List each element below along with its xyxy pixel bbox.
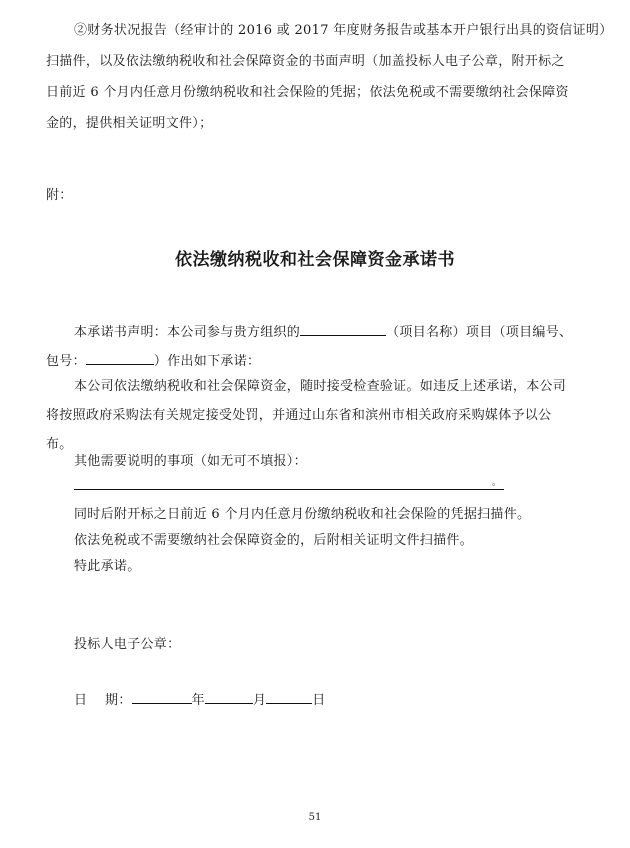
- day-label: 日: [312, 693, 325, 708]
- note-line-3: 特此承诺。: [74, 559, 141, 575]
- project-name-blank[interactable]: [300, 321, 386, 336]
- document-title: 依法缴纳税收和社会保障资金承诺书: [0, 249, 630, 271]
- intro-line-4: 金的，提供相关证明文件）；: [46, 116, 212, 132]
- statement-line-2: 包号：）作出如下承诺：: [46, 350, 260, 370]
- intro-line-2: 扫描件，以及依法缴纳税收和社会保障资金的书面声明（加盖投标人电子公章，附开标之: [46, 54, 565, 70]
- note-line-1: 同时后附开标之日前近 6 个月内任意月份缴纳税收和社会保险的凭据扫描件。: [74, 507, 530, 523]
- package-label: 包号：: [46, 354, 86, 369]
- statement-line-1: 本承诺书声明：本公司参与贵方组织的（项目名称）项目（项目编号、: [74, 321, 572, 341]
- year-blank[interactable]: [132, 689, 192, 704]
- date-label: 日 期：: [74, 693, 132, 708]
- day-blank[interactable]: [266, 689, 312, 704]
- package-number-blank[interactable]: [86, 350, 154, 365]
- page-number: 51: [0, 812, 630, 824]
- commitment-line-2: 将按照政府采购法有关规定接受处罚，并通过山东省和滨州市相关政府采购媒体予以公: [46, 408, 551, 424]
- other-matters-blank[interactable]: [74, 489, 504, 490]
- statement-line2-suffix: ）作出如下承诺：: [154, 354, 260, 369]
- statement-prefix: 本承诺书声明：本公司参与贵方组织的: [74, 325, 300, 340]
- year-label: 年: [192, 693, 205, 708]
- intro-line-3: 日前近 6 个月内任意月份缴纳税收和社会保险的凭据；依法免税或不需要缴纳社会保障…: [46, 85, 569, 101]
- signature-label: 投标人电子公章：: [74, 637, 180, 653]
- intro-line-1: ②财务状况报告（经审计的 2016 或 2017 年度财务报告或基本开户银行出具…: [74, 23, 613, 39]
- attachment-label: 附：: [46, 188, 73, 204]
- date-row: 日 期：年月日: [74, 689, 326, 709]
- other-matters-label: 其他需要说明的事项（如无可不填报）：: [74, 454, 307, 470]
- month-label: 月: [253, 693, 266, 708]
- commitment-line-3: 布。: [46, 437, 73, 453]
- statement-suffix: （项目名称）项目（项目编号、: [386, 325, 572, 340]
- month-blank[interactable]: [205, 689, 253, 704]
- note-line-2: 依法免税或不需要缴纳社会保障资金的，后附相关证明文件扫描件。: [74, 533, 473, 549]
- commitment-line-1: 本公司依法缴纳税收和社会保障资金，随时接受检查验证。如违反上述承诺，本公司: [74, 379, 566, 395]
- other-matters-period: 。: [492, 478, 501, 488]
